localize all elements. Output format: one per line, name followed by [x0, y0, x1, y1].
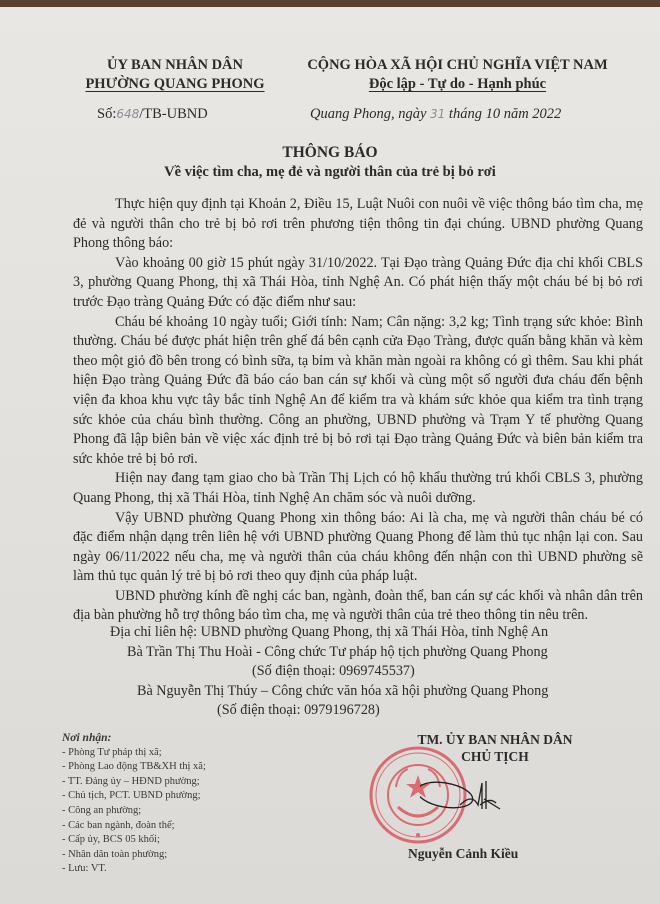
authority-line-1: ỦY BAN NHÂN DÂN [60, 56, 290, 75]
motto: Độc lập - Tự do - Hạnh phúc [285, 75, 630, 94]
recipient-item: - Phòng Tư pháp thị xã; [62, 746, 206, 761]
document-body: Thực hiện quy định tại Khoản 2, Điều 15,… [73, 195, 643, 626]
recipients-list: Nơi nhận: - Phòng Tư pháp thị xã; - Phòn… [62, 731, 206, 877]
recipient-item: - Phòng Lao động TB&XH thị xã; [62, 760, 206, 775]
paragraph: Thực hiện quy định tại Khoản 2, Điều 15,… [73, 195, 643, 254]
recipient-item: - Nhân dân toàn phường; [62, 848, 206, 863]
handwritten-signature-icon [420, 775, 520, 825]
recipients-label: Nơi nhận: [62, 731, 206, 746]
contact-address: Địa chỉ liên hệ: UBND phường Quang Phong… [110, 623, 630, 643]
document-title: THÔNG BÁO [0, 144, 660, 162]
document-subtitle: Về việc tìm cha, mẹ đẻ và người thân của… [0, 164, 660, 181]
paragraph: Vậy UBND phường Quang Phong xin thông bá… [73, 509, 643, 587]
contact-phone-2: (Số điện thoại: 0979196728) [110, 701, 630, 721]
recipient-item: - Các ban ngành, đoàn thể; [62, 819, 206, 834]
document-page: ỦY BAN NHÂN DÂN PHƯỜNG QUANG PHONG CỘNG … [0, 7, 660, 904]
contact-info: Địa chỉ liên hệ: UBND phường Quang Phong… [110, 623, 630, 721]
recipient-item: - Công an phường; [62, 804, 206, 819]
national-motto: CỘNG HÒA XÃ HỘI CHỦ NGHĨA VIỆT NAM Độc l… [285, 56, 630, 94]
signature-block: TM. ỦY BAN NHÂN DÂN CHỦ TỊCH [370, 731, 620, 765]
paragraph: Vào khoảng 00 giờ 15 phút ngày 31/10/202… [73, 254, 643, 313]
contact-person-2: Bà Nguyễn Thị Thúy – Công chức văn hóa x… [110, 682, 630, 702]
date-line: Quang Phong, ngày 31 tháng 10 năm 2022 [310, 106, 561, 123]
country-name: CỘNG HÒA XÃ HỘI CHỦ NGHĨA VIỆT NAM [285, 56, 630, 75]
recipient-item: - Cấp ủy, BCS 05 khối; [62, 833, 206, 848]
contact-person-1: Bà Trần Thị Thu Hoài - Công chức Tư pháp… [110, 643, 630, 663]
issuing-authority: ỦY BAN NHÂN DÂN PHƯỜNG QUANG PHONG [60, 56, 290, 94]
paragraph: Hiện nay đang tạm giao cho bà Trần Thị L… [73, 469, 643, 508]
recipient-item: - Chủ tịch, PCT. UBND phường; [62, 789, 206, 804]
signer-name: Nguyễn Cảnh Kiều [408, 846, 518, 862]
recipient-item: - Lưu: VT. [62, 862, 206, 877]
signature-title-2: CHỦ TỊCH [370, 748, 620, 765]
authority-line-2: PHƯỜNG QUANG PHONG [60, 75, 290, 94]
document-number: Số:648/TB-UBND [97, 106, 208, 123]
paragraph: Cháu bé khoảng 10 ngày tuổi; Giới tính: … [73, 313, 643, 470]
handwritten-day: 31 [430, 107, 445, 121]
contact-phone-1: (Số điện thoại: 0969745537) [110, 662, 630, 682]
signature-title-1: TM. ỦY BAN NHÂN DÂN [370, 731, 620, 748]
recipient-item: - TT. Đảng ủy – HĐND phường; [62, 775, 206, 790]
handwritten-number: 648 [116, 107, 139, 121]
paragraph: UBND phường kính đề nghị các ban, ngành,… [73, 587, 643, 626]
